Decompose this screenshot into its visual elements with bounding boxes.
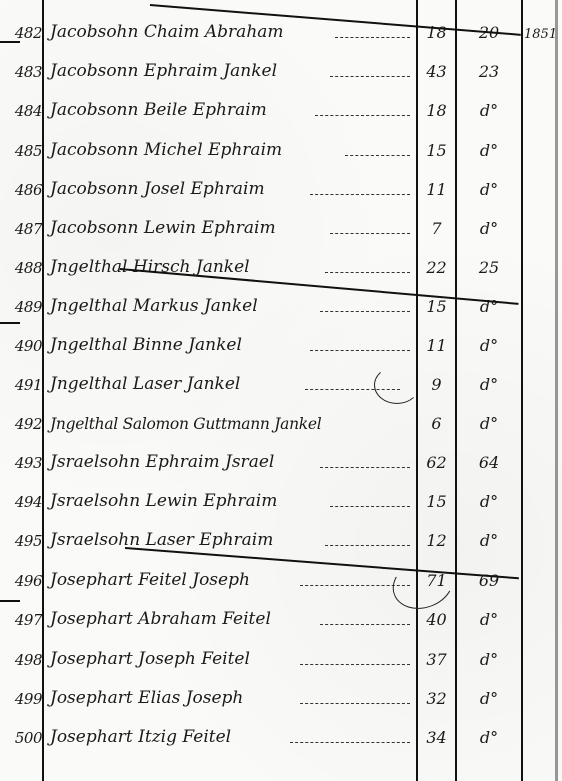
entry-name: Josephart Itzig Feitel [50, 727, 231, 747]
entry-number: 488 [2, 259, 42, 277]
leader-dots [325, 272, 410, 273]
leader-dots [330, 76, 410, 77]
entry-age2: 64 [457, 453, 521, 472]
entry-name: Josephart Abraham Feitel [50, 609, 271, 629]
entry-name: Jacobsonn Michel Ephraim [50, 140, 282, 160]
leader-dots [330, 233, 410, 234]
entry-age2: d° [457, 728, 521, 747]
entry-name: Jsraelsohn Ephraim Jsrael [50, 452, 274, 472]
entry-name: Jacobsonn Josel Ephraim [50, 179, 265, 199]
leader-dots [310, 350, 410, 351]
entry-number: 492 [2, 415, 42, 433]
entry-age2: d° [457, 610, 521, 629]
leader-dots [320, 624, 410, 625]
entry-age1: 15 [418, 297, 455, 316]
table-row: 487 Jacobsonn Lewin Ephraim 7 d° [0, 204, 562, 242]
entry-age1: 9 [418, 375, 455, 394]
table-row: 494 Jsraelsohn Lewin Ephraim 15 d° [0, 477, 562, 515]
leader-dots [300, 703, 410, 704]
entry-age1: 32 [418, 689, 455, 708]
entry-age2: 23 [457, 62, 521, 81]
entry-name: Jacobsonn Beile Ephraim [50, 100, 267, 120]
entry-number: 493 [2, 454, 42, 472]
entry-age1: 34 [418, 728, 455, 747]
entry-age1: 15 [418, 141, 455, 160]
leader-dots [330, 506, 410, 507]
leader-dots [320, 311, 410, 312]
leader-dots [310, 194, 410, 195]
table-row: 490 Jngelthal Binne Jankel 11 d° [0, 321, 562, 359]
entry-number: 497 [2, 611, 42, 629]
table-row: 499 Josephart Elias Joseph 32 d° [0, 674, 562, 712]
entry-number: 486 [2, 181, 42, 199]
entry-age2: d° [457, 219, 521, 238]
leader-dots [345, 155, 410, 156]
entry-age2: d° [457, 492, 521, 511]
entry-age1: 11 [418, 336, 455, 355]
entry-age1: 6 [418, 414, 455, 433]
entry-number: 495 [2, 532, 42, 550]
entry-age1: 18 [418, 101, 455, 120]
leader-dots [320, 467, 410, 468]
table-row: 488 Jngelthal Hirsch Jankel 22 25 [0, 243, 562, 281]
table-row: 493 Jsraelsohn Ephraim Jsrael 62 64 [0, 438, 562, 476]
entry-name: Jngelthal Laser Jankel [50, 374, 240, 394]
entry-age2: d° [457, 414, 521, 433]
table-row: 492 Jngelthal Salomon Guttmann Jankel 6 … [0, 399, 562, 437]
entry-age2: d° [457, 141, 521, 160]
table-row: 486 Jacobsonn Josel Ephraim 11 d° [0, 165, 562, 203]
bracket-mark [374, 366, 420, 404]
entry-age1: 15 [418, 492, 455, 511]
entry-number: 484 [2, 102, 42, 120]
entry-number: 491 [2, 376, 42, 394]
table-row: 489 Jngelthal Markus Jankel 15 d° [0, 282, 562, 320]
entry-name: Josephart Joseph Feitel [50, 649, 250, 669]
entry-number: 485 [2, 142, 42, 160]
entry-name: Jngelthal Salomon Guttmann Jankel [50, 415, 321, 433]
entry-number: 500 [2, 729, 42, 747]
table-row: 483 Jacobsonn Ephraim Jankel 43 23 [0, 47, 562, 85]
table-row: 491 Jngelthal Laser Jankel 9 d° [0, 360, 562, 398]
entry-number: 483 [2, 63, 42, 81]
entry-number: 487 [2, 220, 42, 238]
entry-name: Jngelthal Markus Jankel [50, 296, 258, 316]
table-row: 484 Jacobsonn Beile Ephraim 18 d° [0, 86, 562, 124]
leader-dots [325, 545, 410, 546]
entry-number: 496 [2, 572, 42, 590]
entry-age2: d° [457, 180, 521, 199]
leader-dots [315, 115, 410, 116]
entry-age2: d° [457, 650, 521, 669]
leader-dots [335, 37, 410, 38]
entry-name: Josephart Elias Joseph [50, 688, 243, 708]
entry-age2: 25 [457, 258, 521, 277]
entry-name: Jngelthal Hirsch Jankel [50, 257, 250, 277]
entry-age2: d° [457, 375, 521, 394]
entry-age1: 37 [418, 650, 455, 669]
entry-age1: 40 [418, 610, 455, 629]
entry-name: Jsraelsohn Lewin Ephraim [50, 491, 277, 511]
entry-name: Jacobsohn Chaim Abraham [50, 22, 284, 42]
table-row: 495 Jsraelsohn Laser Ephraim 12 d° [0, 516, 562, 554]
entry-age2: d° [457, 101, 521, 120]
table-row: 497 Josephart Abraham Feitel 40 d° [0, 595, 562, 633]
entry-age2: d° [457, 689, 521, 708]
leader-dots [290, 742, 410, 743]
leader-dots [300, 664, 410, 665]
entry-age1: 62 [418, 453, 455, 472]
table-row: 498 Josephart Joseph Feitel 37 d° [0, 635, 562, 673]
entry-name: Jacobsonn Lewin Ephraim [50, 218, 276, 238]
entry-age1: 43 [418, 62, 455, 81]
entry-name: Jsraelsohn Laser Ephraim [50, 530, 273, 550]
entry-number: 482 [2, 24, 42, 42]
entry-age2: d° [457, 336, 521, 355]
entry-age1: 12 [418, 531, 455, 550]
entry-number: 489 [2, 298, 42, 316]
entry-number: 494 [2, 493, 42, 511]
register-page: 482 Jacobsohn Chaim Abraham 18 20 1851 4… [0, 0, 562, 781]
entry-number: 498 [2, 651, 42, 669]
entry-age2: d° [457, 531, 521, 550]
entry-name: Jngelthal Binne Jankel [50, 335, 242, 355]
entry-age1: 7 [418, 219, 455, 238]
table-row: 500 Josephart Itzig Feitel 34 d° [0, 713, 562, 751]
entry-number: 490 [2, 337, 42, 355]
entry-number: 499 [2, 690, 42, 708]
table-row: 485 Jacobsonn Michel Ephraim 15 d° [0, 126, 562, 164]
entry-name: Josephart Feitel Joseph [50, 570, 250, 590]
entry-age1: 11 [418, 180, 455, 199]
entry-note: 1851 [524, 27, 557, 42]
entry-age1: 22 [418, 258, 455, 277]
entry-name: Jacobsonn Ephraim Jankel [50, 61, 277, 81]
